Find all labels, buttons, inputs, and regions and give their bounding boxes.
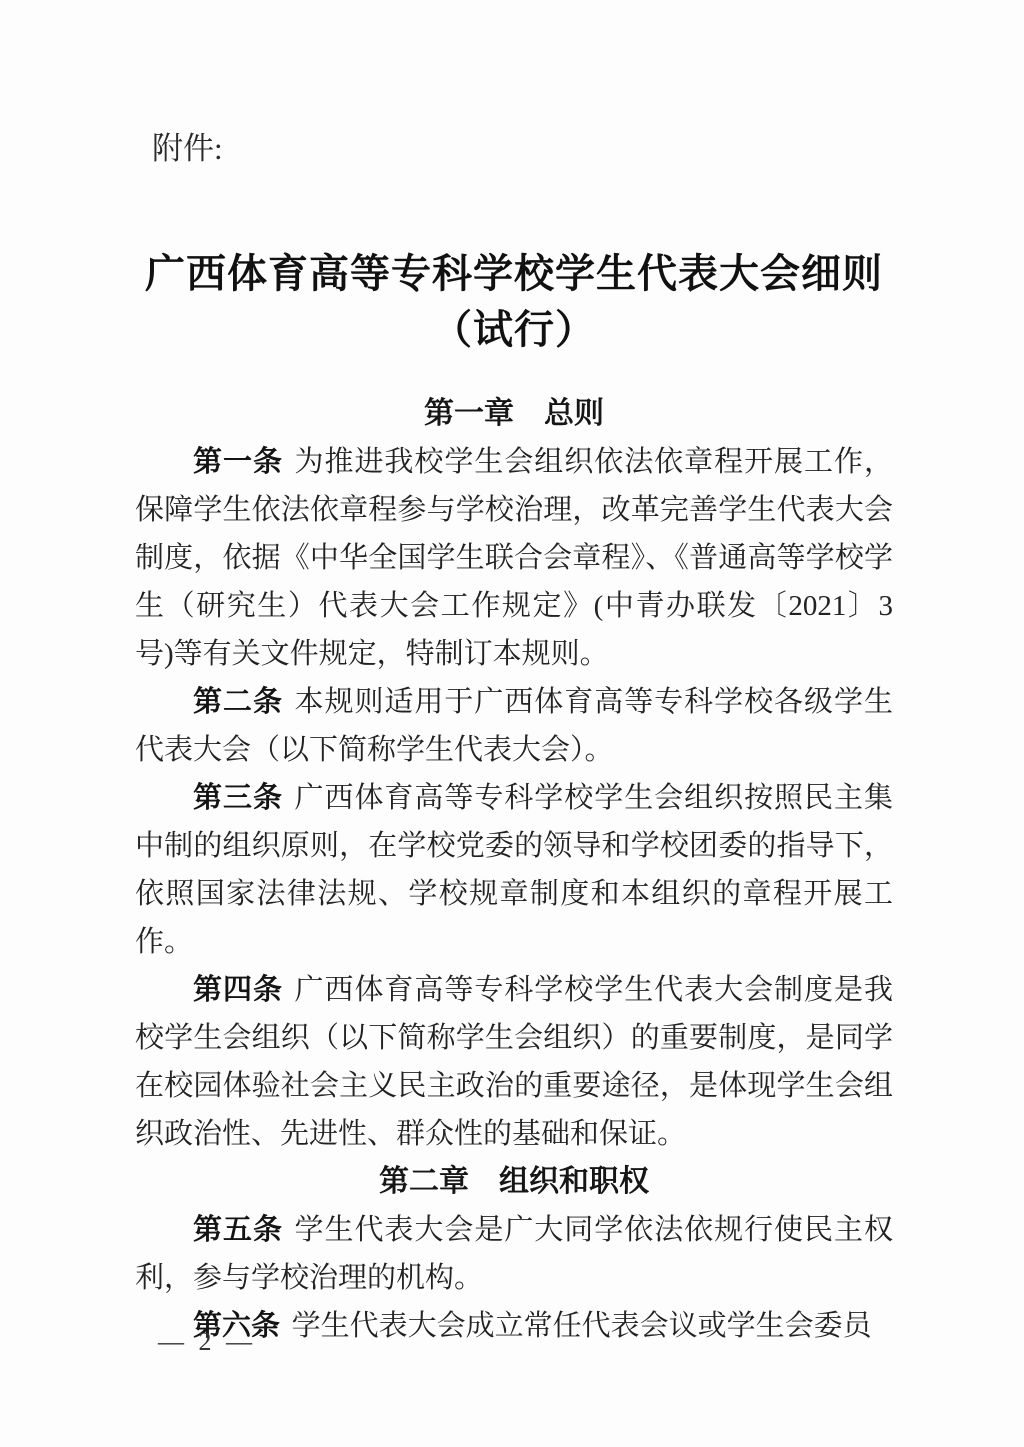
article-5-label: 第五条 [193, 1214, 283, 1246]
chapter-heading-2: 第二章 组织和职权 [135, 1158, 893, 1206]
title-line-1: 广西体育高等专科学校学生代表大会细则 [135, 246, 893, 302]
article-3-label: 第三条 [193, 782, 283, 814]
chapter-heading-1: 第一章 总则 [135, 390, 893, 438]
document-title: 广西体育高等专科学校学生代表大会细则 （试行） [135, 246, 893, 358]
article-4: 第四条广西体育高等专科学校学生代表大会制度是我校学生会组织（以下简称学生会组织）… [135, 966, 893, 1158]
article-6-text: 学生代表大会成立常任代表会议或学生会委员 [292, 1310, 872, 1342]
article-1-label: 第一条 [193, 446, 283, 478]
article-1-text: 为推进我校学生会组织依法依章程开展工作，保障学生依法依章程参与学校治理，改革完善… [135, 446, 893, 670]
article-2-label: 第二条 [193, 686, 283, 718]
article-1: 第一条为推进我校学生会组织依法依章程开展工作，保障学生依法依章程参与学校治理，改… [135, 438, 893, 678]
attachment-label: 附件: [135, 132, 893, 166]
title-line-2: （试行） [135, 302, 893, 358]
article-4-label: 第四条 [193, 974, 283, 1006]
page-number: — 2 — [158, 1327, 256, 1357]
document-body: 第一章 总则 第一条为推进我校学生会组织依法依章程开展工作，保障学生依法依章程参… [135, 390, 893, 1350]
article-2: 第二条本规则适用于广西体育高等专科学校各级学生代表大会（以下简称学生代表大会）。 [135, 678, 893, 774]
document-page: 附件: 广西体育高等专科学校学生代表大会细则 （试行） 第一章 总则 第一条为推… [0, 0, 1024, 1447]
article-3: 第三条广西体育高等专科学校学生会组织按照民主集中制的组织原则，在学校党委的领导和… [135, 774, 893, 966]
article-5: 第五条学生代表大会是广大同学依法依规行使民主权利，参与学校治理的机构。 [135, 1206, 893, 1302]
